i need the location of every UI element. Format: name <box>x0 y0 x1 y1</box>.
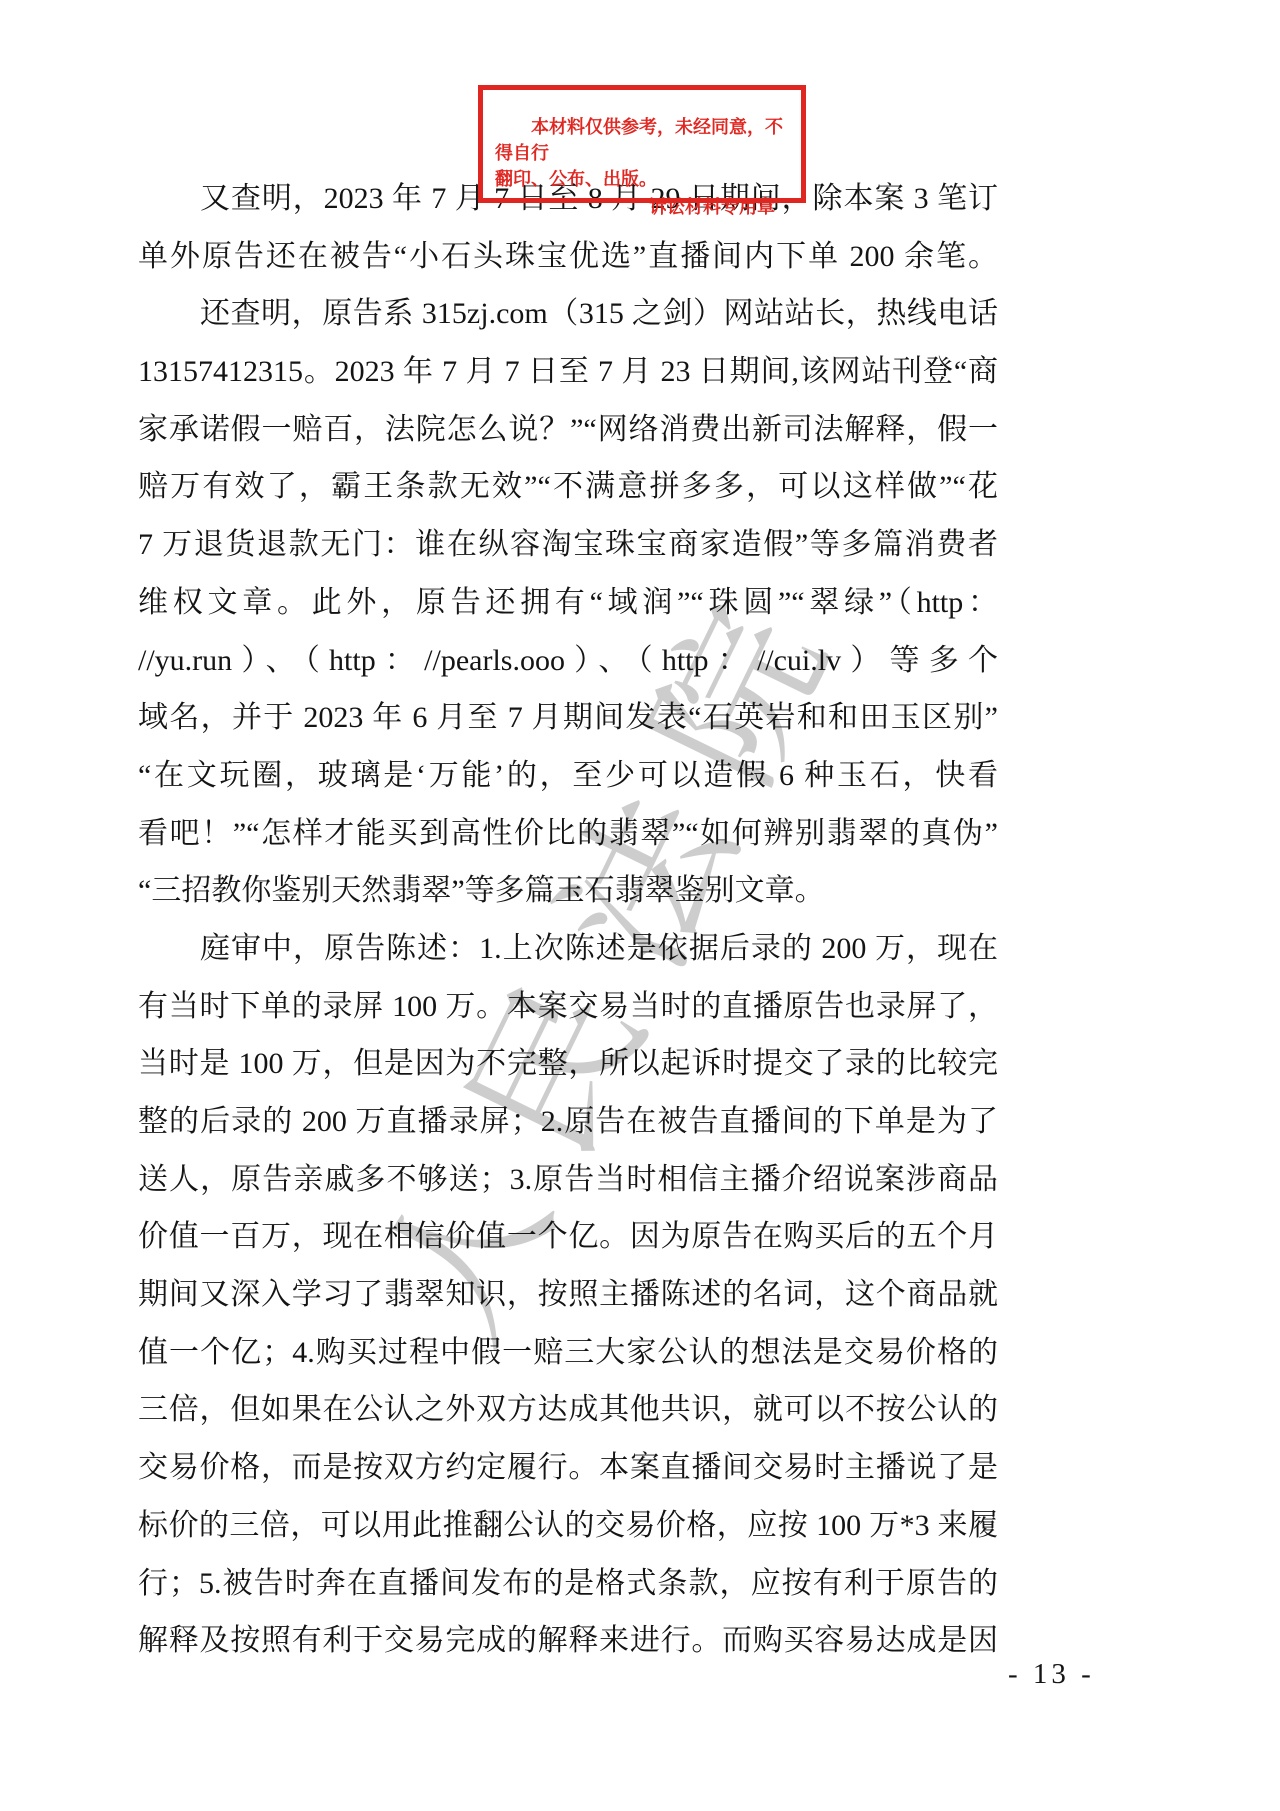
litigation-material-stamp: 本材料仅供参考，未经同意，不得自行 翻印、公布、出版。 诉讼材料专用章 <box>478 85 806 203</box>
page-number: - 13 - <box>1008 1658 1095 1691</box>
text-line: “在文玩圈，玻璃是‘万能’的，至少可以造假 6 种玉石，快看 <box>138 747 998 805</box>
text-line: 值一个亿；4.购买过程中假一赔三大家公认的想法是交易价格的 <box>138 1324 998 1382</box>
text-line: 解释及按照有利于交易完成的解释来进行。而购买容易达成是因 <box>138 1612 998 1670</box>
text-line: 庭审中，原告陈述：1.上次陈述是依据后录的 200 万，现在 <box>138 920 998 978</box>
text-line: 整的后录的 200 万直播录屏；2.原告在被告直播间的下单是为了 <box>138 1093 998 1151</box>
text-line: 7 万退货退款无门：谁在纵容淘宝珠宝商家造假”等多篇消费者 <box>138 516 998 574</box>
text-line: 域名，并于 2023 年 6 月至 7 月期间发表“石英岩和和田玉区别” <box>138 689 998 747</box>
text-line: 三倍，但如果在公认之外双方达成其他共识，就可以不按公认的 <box>138 1381 998 1439</box>
text-line: “三招教你鉴别天然翡翠”等多篇玉石翡翠鉴别文章。 <box>138 862 998 920</box>
text-line: 13157412315。2023 年 7 月 7 日至 7 月 23 日期间,该… <box>138 343 998 401</box>
stamp-notice-line-2: 翻印、公布、出版。 <box>495 166 789 192</box>
text-line: 看吧！”“怎样才能买到高性价比的翡翠”“如何辨别翡翠的真伪” <box>138 805 998 863</box>
text-line: 标价的三倍，可以用此推翻公认的交易价格，应按 100 万*3 来履 <box>138 1497 998 1555</box>
text-line: //yu.run）、（http：//pearls.ooo）、（http：//cu… <box>138 632 998 690</box>
stamp-notice-line-1: 本材料仅供参考，未经同意，不得自行 <box>495 114 789 166</box>
text-line: 当时是 100 万，但是因为不完整，所以起诉时提交了录的比较完 <box>138 1035 998 1093</box>
text-line: 价值一百万，现在相信价值一个亿。因为原告在购买后的五个月 <box>138 1208 998 1266</box>
text-line: 单外原告还在被告“小石头珠宝优选”直播间内下单 200 余笔。 <box>138 228 998 286</box>
text-line: 家承诺假一赔百，法院怎么说？”“网络消费出新司法解释，假一 <box>138 401 998 459</box>
text-line: 交易价格，而是按双方约定履行。本案直播间交易时主播说了是 <box>138 1439 998 1497</box>
court-document-page: 人民法院 本材料仅供参考，未经同意，不得自行 翻印、公布、出版。 诉讼材料专用章… <box>0 0 1280 1811</box>
text-line: 有当时下单的录屏 100 万。本案交易当时的直播原告也录屏了， <box>138 978 998 1036</box>
text-line: 期间又深入学习了翡翠知识，按照主播陈述的名词，这个商品就 <box>138 1266 998 1324</box>
text-line: 赔万有效了，霸王条款无效”“不满意拼多多，可以这样做”“花 <box>138 458 998 516</box>
text-line: 行；5.被告时奔在直播间发布的是格式条款，应按有利于原告的 <box>138 1555 998 1613</box>
stamp-title: 诉讼材料专用章 <box>495 194 789 220</box>
text-line: 还查明，原告系 315zj.com（315 之剑）网站站长，热线电话 <box>138 285 998 343</box>
text-line: 送人，原告亲戚多不够送；3.原告当时相信主播介绍说案涉商品 <box>138 1151 998 1209</box>
text-line: 维权文章。此外，原告还拥有“域润”“珠圆”“翠绿”（http： <box>138 574 998 632</box>
document-body: 又查明，2023 年 7 月 7 日至 8 月 29 日期间，除本案 3 笔订单… <box>138 170 998 1670</box>
